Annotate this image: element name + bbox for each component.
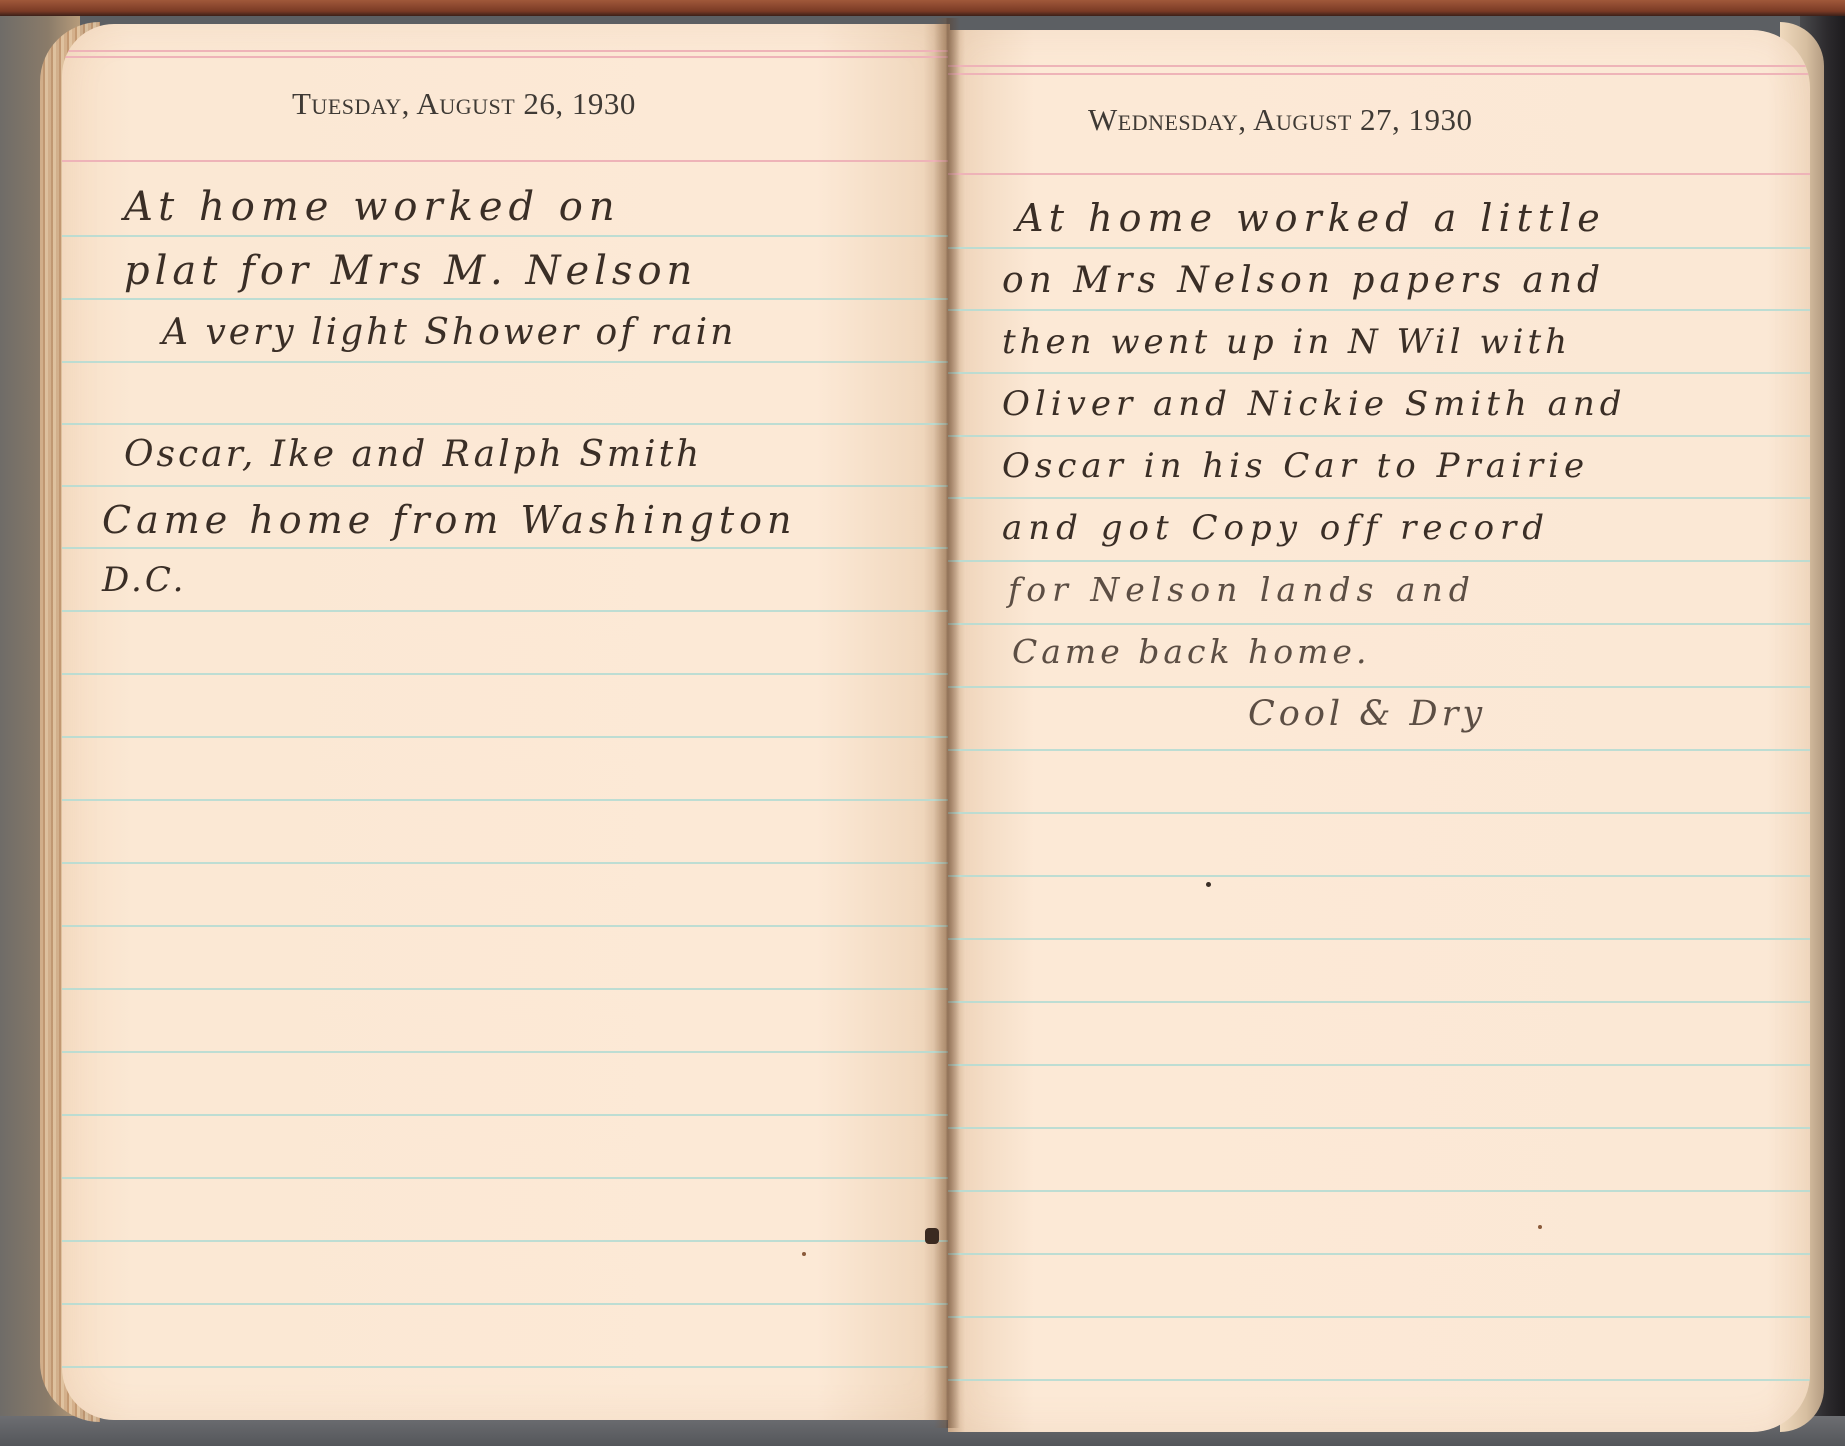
handwritten-line: D.C. (102, 560, 186, 600)
ruled-line (948, 497, 1810, 499)
handwritten-weather-note: Cool & Dry (1248, 694, 1486, 734)
ruled-line (62, 988, 950, 990)
ruled-line (948, 309, 1810, 311)
handwritten-line: Oscar in his Car to Prairie (1002, 446, 1589, 486)
ruled-line (62, 485, 950, 487)
ruled-line (948, 938, 1810, 940)
handwritten-line: then went up in N Wil with (1002, 322, 1571, 362)
ruled-line (948, 749, 1810, 751)
ruled-line (948, 1316, 1810, 1318)
ruled-line (62, 736, 950, 738)
ruled-line (948, 1064, 1810, 1066)
header-double-rule (948, 73, 1810, 75)
ruled-line (62, 1303, 950, 1305)
header-double-rule (62, 50, 950, 52)
ruled-line (948, 1253, 1810, 1255)
ruled-line (62, 361, 950, 363)
page-date-header: Wednesday, August 27, 1930 (1088, 102, 1473, 138)
diary-page-right: Wednesday, August 27, 1930 At home worke… (948, 30, 1810, 1432)
ruled-line (948, 686, 1810, 688)
ruled-line (62, 925, 950, 927)
diary-page-left: Tuesday, August 26, 1930 At home worked … (62, 24, 950, 1420)
handwritten-line: Oliver and Nickie Smith and (1002, 384, 1627, 424)
handwritten-line: Came back home. (1012, 632, 1370, 671)
ruled-line (62, 1051, 950, 1053)
header-double-rule (948, 65, 1810, 67)
handwritten-line: and got Copy off record (1002, 508, 1550, 548)
ruled-line (62, 298, 950, 300)
ruled-line (62, 1366, 950, 1368)
ruled-line (948, 875, 1810, 877)
ruled-line (948, 435, 1810, 437)
ruled-line (62, 423, 950, 425)
handwritten-line: for Nelson lands and (1008, 570, 1476, 609)
book-cover-edge (0, 0, 1845, 16)
ruled-line (948, 1190, 1810, 1192)
handwritten-line: At home worked a little (1016, 196, 1606, 240)
ruled-line (62, 1114, 950, 1116)
ink-speck (1206, 882, 1211, 887)
ruled-line (948, 560, 1810, 562)
header-bottom-rule (948, 173, 1810, 175)
handwritten-line: A very light Shower of rain (162, 312, 736, 353)
paper-speck (802, 1252, 806, 1256)
page-date-header: Tuesday, August 26, 1930 (292, 86, 636, 122)
ruled-line (948, 812, 1810, 814)
handwritten-line: plat for Mrs M. Nelson (124, 248, 697, 294)
ruled-line (62, 799, 950, 801)
handwritten-line: Came home from Washington (102, 498, 796, 542)
header-bottom-rule (62, 160, 950, 162)
ruled-line (948, 1127, 1810, 1129)
handwritten-line: on Mrs Nelson papers and (1002, 260, 1605, 301)
book-binding-gutter (934, 18, 960, 1428)
ruled-line (948, 623, 1810, 625)
ruled-line (62, 610, 950, 612)
ruled-line (62, 1177, 950, 1179)
ruled-line (62, 1240, 950, 1242)
handwritten-line: Oscar, Ike and Ralph Smith (124, 434, 702, 475)
ruled-line (62, 235, 950, 237)
ruled-line (948, 372, 1810, 374)
ruled-line (62, 673, 950, 675)
handwritten-line: At home worked on (124, 184, 621, 230)
ruled-line (948, 1001, 1810, 1003)
ruled-line (948, 1379, 1810, 1381)
binding-thread-knot (925, 1228, 939, 1244)
ruled-line (62, 862, 950, 864)
ruled-line (948, 247, 1810, 249)
paper-speck (1538, 1225, 1542, 1229)
header-double-rule (62, 56, 950, 58)
ruled-line (62, 547, 950, 549)
